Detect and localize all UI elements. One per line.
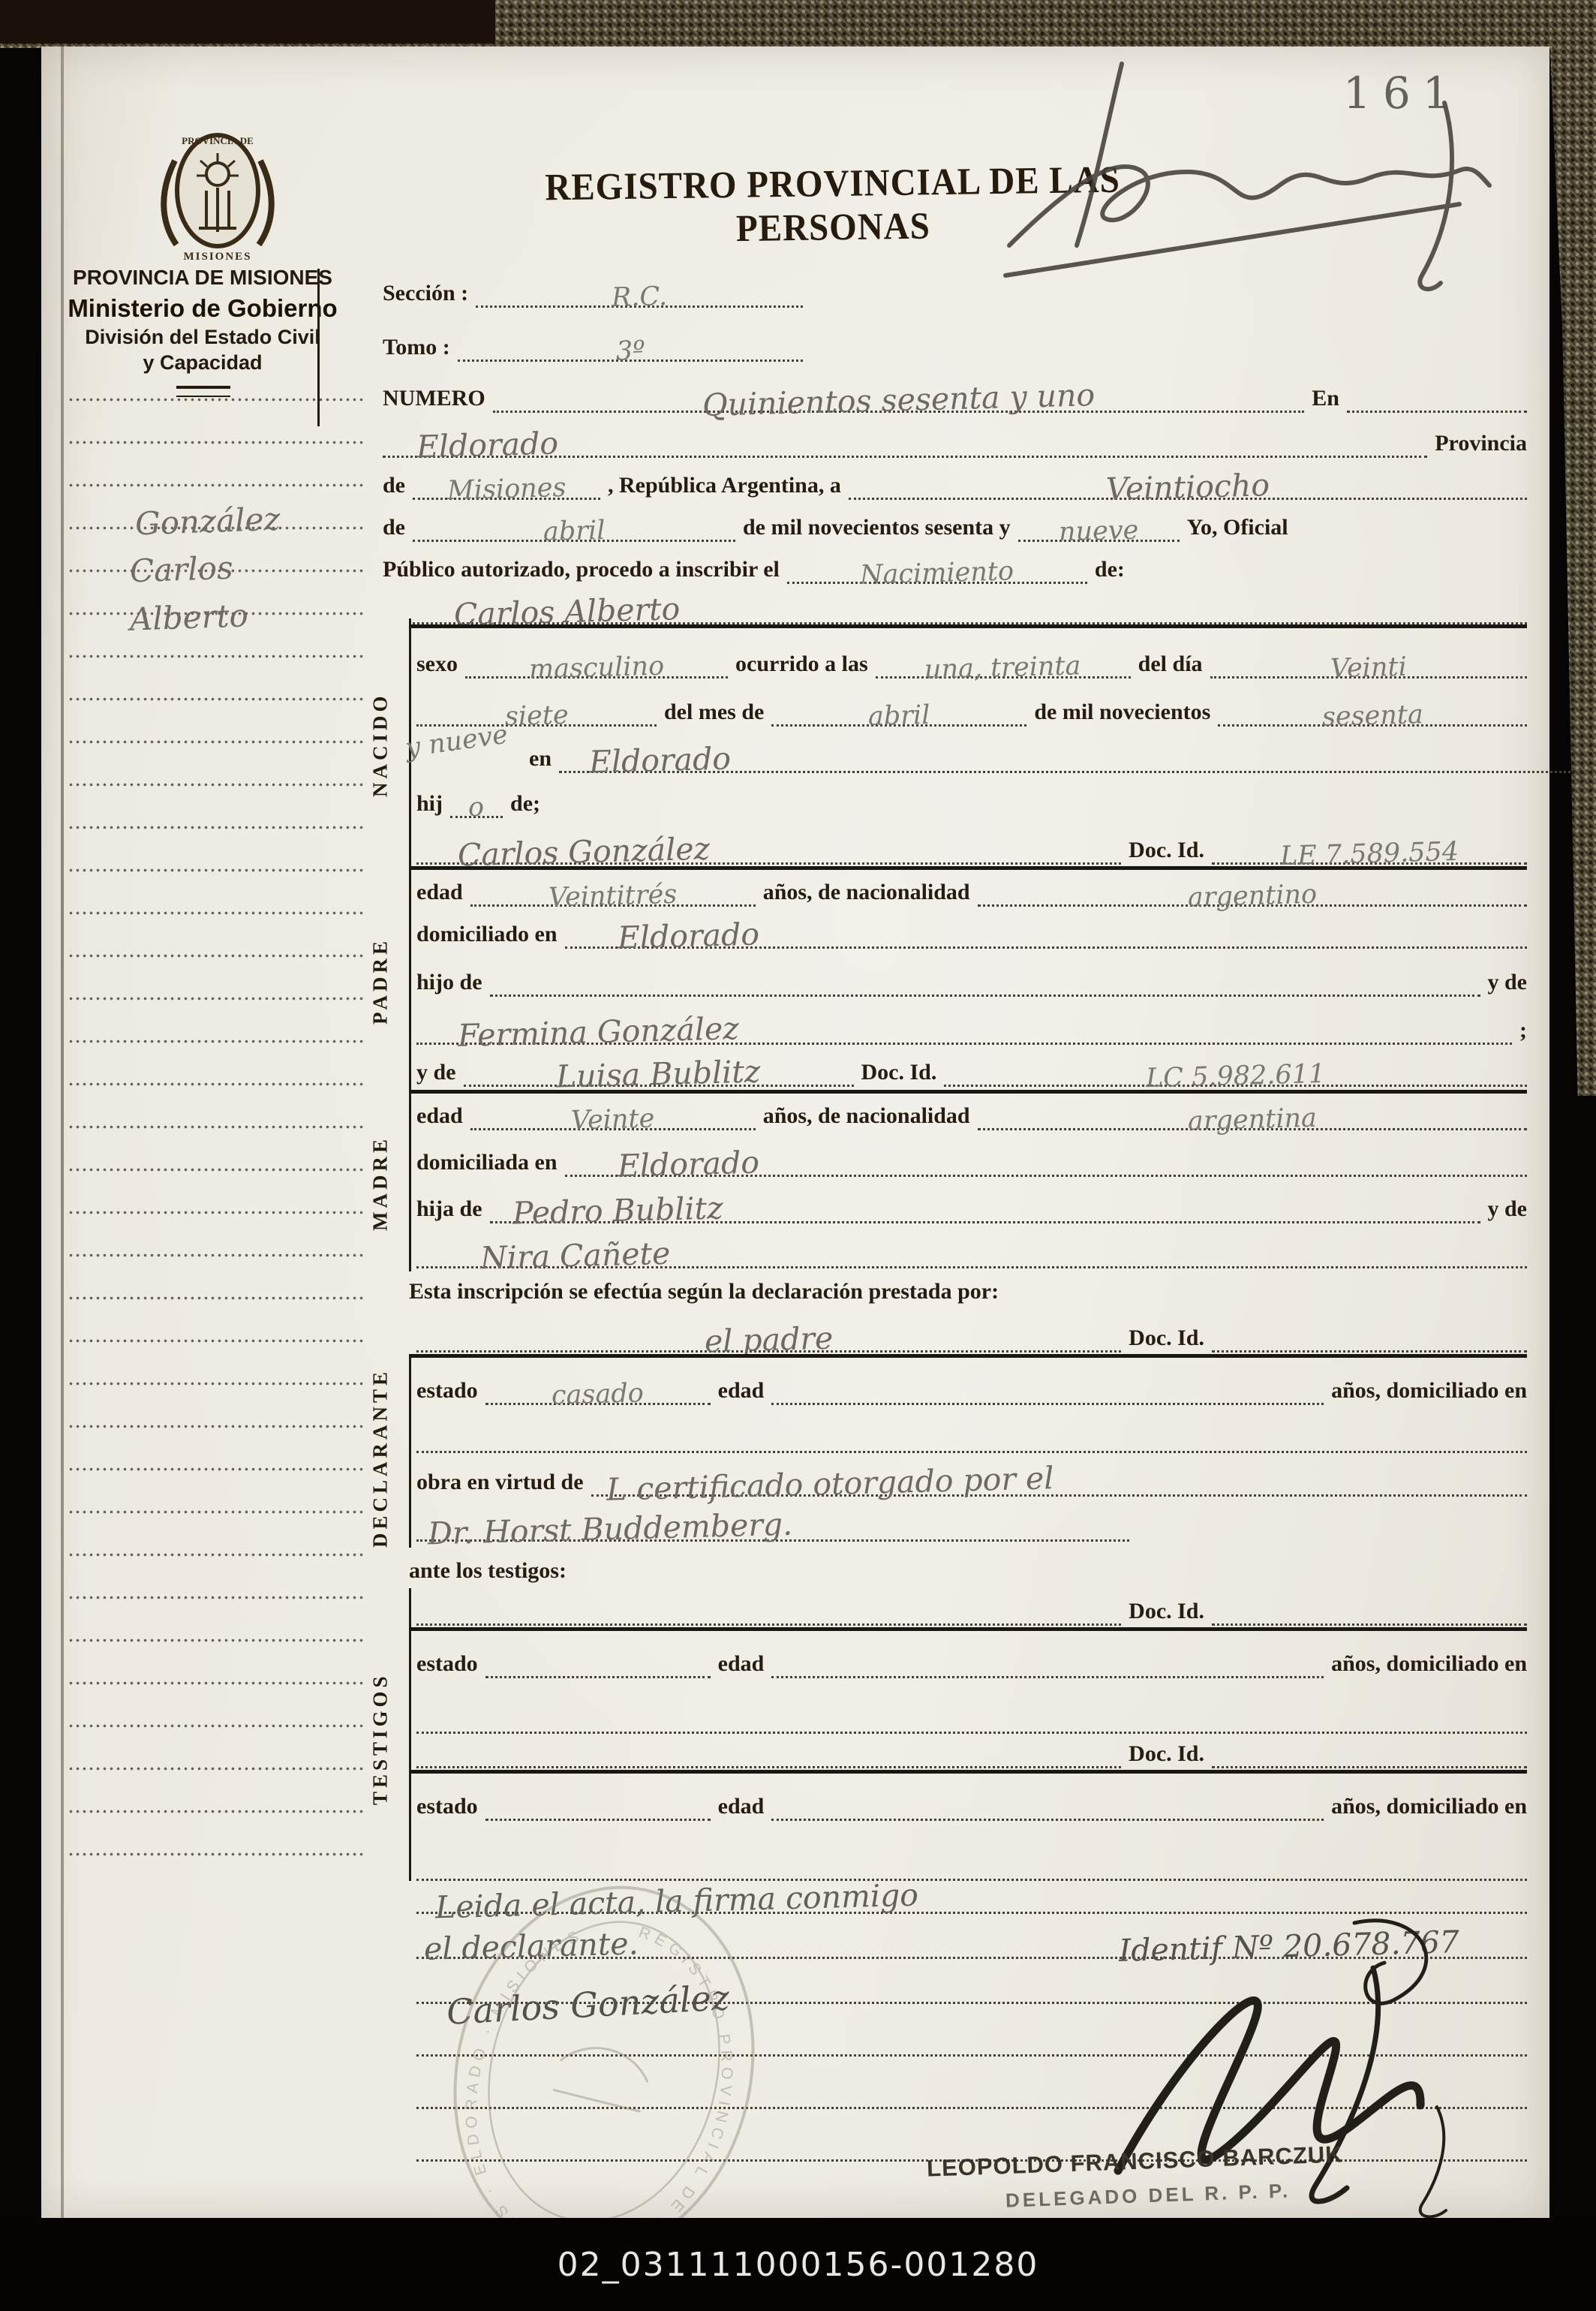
testigo1-edad-label: edad [718,1653,765,1678]
section-bar-6 [409,1770,1527,1774]
madre-hija-de-label: hija de [416,1198,482,1223]
field-month-year: de abril de mil novecientos sesenta y nu… [383,506,1527,542]
declaracion-intro-label: Esta inscripción se efectúa según la dec… [409,1280,999,1306]
de3-label: de: [1095,558,1125,584]
sexo-label: sexo [416,653,458,679]
anio-line: sesenta [1218,691,1527,727]
sexo-line: masculino [465,642,728,679]
dia-line-2: siete [416,691,657,727]
section-bar-4 [409,1354,1527,1358]
padre-nac-line: argentino [978,871,1527,907]
nacido-row-fecha: siete del mes de abril de mil noveciento… [416,691,1527,727]
testigos-section-label: TESTIGOS [365,1660,395,1818]
doc-id-label-testigo2: Doc. Id. [1129,1743,1204,1768]
doc-id-line-madre: LC 5.982.611 [944,1051,1527,1087]
declarante-section-label: DECLARANTE [365,1368,395,1548]
field-province: de Misiones , República Argentina, a Vei… [383,464,1527,500]
record-page: 161 PROVINCIA DE MISIONES PROVINCIA DE M… [41,47,1549,2218]
nacido-row-lugar: y nueve en Eldorado [416,737,1596,773]
padre-row-abuela: Fermina González ; [416,1009,1527,1045]
nacido-row-sexo: sexo masculino ocurrido a las una, trein… [416,642,1527,679]
madre-y-de-label: y de [416,1061,456,1087]
padre-edad-line: Veintitrés [470,871,756,907]
obra-line-2: Dr. Horst Buddemberg. [416,1506,1129,1542]
provincial-crest-icon: PROVINCIA DE MISIONES [154,116,281,266]
padre-rule [409,869,411,1090]
obra-label: obra en virtud de [416,1471,584,1497]
testigo1-dom-row [416,1698,1527,1734]
madre-row-abuela: Nira Cañete [416,1232,1527,1268]
padre-section-label: PADRE [365,895,395,1067]
yo-oficial-label: Yo, Oficial [1187,516,1288,542]
registrar-flourish-signature [964,58,1504,305]
padre-hijo-de-label: hijo de [416,971,482,997]
madre-row-domicilio: domiciliada en Eldorado [416,1141,1527,1177]
madre-y-de2-label: y de [1488,1198,1528,1223]
doc-id-line-declarante [1212,1316,1527,1353]
declarante-row-estado: estado casado edad años, domiciliado en [416,1369,1527,1405]
nacido-section-label: NACIDO [365,639,395,850]
mes-label: del mes de [664,701,764,727]
registry-oval-stamp: REGISTRO PROVINCIAL DE LAS PERSONAS · EL… [439,1876,769,2267]
testigo2-dom-row [416,1845,1527,1881]
madre-abuelo-line: Pedro Bublitz [490,1187,1480,1223]
hijo-label-b: de; [510,793,540,818]
testigo1-doc-row: Doc. Id. [416,1590,1527,1626]
declarante-row-obra2: Dr. Horst Buddemberg. [416,1506,1129,1542]
padre-row-hijo-de: hijo de y de [416,961,1527,997]
madre-dom-label: domiciliada en [416,1151,558,1177]
doc-id-line-testigo2 [1212,1732,1527,1768]
declaracion-por-line: el padre [416,1316,1121,1353]
testigo1-dom-label: años, domiciliado en [1331,1653,1527,1678]
padre-semicolon: ; [1519,1019,1527,1045]
doc-id-label-testigo1: Doc. Id. [1129,1600,1204,1626]
madre-abuela-line: Nira Cañete [416,1232,1527,1268]
declarante-rule [409,1357,411,1548]
scan-corner-shadow [0,0,495,44]
madre-edad-label: edad [416,1105,463,1130]
field-city: Eldorado Provincia [383,422,1527,458]
letterhead-division-1: División del Estado Civil [53,326,353,349]
hora-line: una, treinta [876,642,1131,679]
doc-id-label-madre: Doc. Id. [861,1061,937,1087]
padre-abuela-line: Fermina González [416,1009,1512,1045]
declarante-blank-line [416,1417,1527,1453]
tomo-label: Tomo : [383,336,450,362]
province-line: Misiones [413,464,600,500]
madre-row-hija-de: hija de Pedro Bublitz y de [416,1187,1527,1223]
declarante-estado-label: estado [416,1380,478,1405]
letterhead-province: PROVINCIA DE MISIONES [53,266,353,290]
declarante-row-blank [416,1417,1527,1453]
section-bar-3 [409,1090,1527,1094]
padre-nombre-line: Carlos González [416,829,1121,865]
testigo1-edad-line [771,1642,1324,1678]
svg-text:PROVINCIA DE: PROVINCIA DE [182,135,254,146]
month-line: abril [413,506,735,542]
republica-label: , República Argentina, a [608,474,841,500]
padre-row-domicilio: domiciliado en Eldorado [416,913,1527,949]
declarante-row-obra: obra en virtud de L certificado otorgado… [416,1461,1527,1497]
padre-dom-line: Eldorado [565,913,1527,949]
madre-nac-label: años, de nacionalidad [763,1105,970,1130]
margin-note-name1: Carlos [129,549,233,590]
scanned-birth-record: { "scan": { "page_number": "161", "foote… [0,0,1596,2311]
field-registered-name: Carlos Alberto [409,588,1527,624]
section-bar-2 [409,866,1527,870]
year-label: de mil novecientos sesenta y [743,516,1011,542]
scan-footer-band: 02_031111000156-001280 [0,2218,1596,2311]
archive-code: 02_031111000156-001280 [558,2246,1039,2284]
de2-label: de [383,516,405,542]
testigo2-doc-row: Doc. Id. [416,1732,1527,1768]
testigo2-estado-row: estado edad años, domiciliado en [416,1785,1527,1821]
testigo2-nombre-line [416,1732,1121,1768]
testigo2-edad-line [771,1785,1324,1821]
section-bar-1 [409,624,1527,628]
madre-row-nombre: y de Luisa Bublitz Doc. Id. LC 5.982.611 [416,1051,1527,1087]
de-label: de [383,474,405,500]
anio-label: de mil novecientos [1034,701,1210,727]
dia-label: del día [1138,653,1203,679]
provincia-label: Provincia [1435,432,1527,458]
padre-edad-label: edad [416,881,463,907]
doc-id-line-padre: LE 7.589.554 [1212,829,1527,865]
declaracion-intro-row: Esta inscripción se efectúa según la dec… [409,1270,1527,1306]
svg-text:MISIONES: MISIONES [183,251,251,263]
padre-dom-label: domiciliado en [416,923,558,949]
hora-label: ocurrido a las [735,653,868,679]
en-line [1347,377,1527,413]
obra-line: L certificado otorgado por el [591,1461,1527,1497]
testigo2-estado-line [485,1785,711,1821]
declarante-estado-line: casado [485,1369,711,1405]
declarante-edad-label: edad [718,1380,765,1405]
padre-y-de-label: y de [1488,971,1528,997]
testigo2-edad-label: edad [718,1795,765,1821]
field-tomo: Tomo : 3º [383,326,803,362]
testigo1-nombre-line [416,1590,1121,1626]
day-line: Veintiocho [849,464,1527,500]
madre-edad-line: Veinte [470,1094,756,1130]
numero-line: Quinientos sesenta y uno [493,377,1305,413]
madre-dom-line: Eldorado [565,1141,1527,1177]
mes-line: abril [771,691,1026,727]
acto-line: Nacimiento [787,548,1087,584]
madre-nac-line: argentina [978,1094,1527,1130]
madre-row-edad: edad Veinte años, de nacionalidad argent… [416,1094,1527,1130]
testigo2-dom-line [416,1845,1527,1881]
doc-id-line-testigo1 [1212,1590,1527,1626]
binding-fabric-right [1548,0,1596,1096]
declaracion-por-row: el padre Doc. Id. [416,1316,1527,1353]
hijo-line: o [450,782,503,818]
padre-hijo-de-line [490,961,1480,997]
letterhead-ministry: Ministerio de Gobierno [53,294,353,323]
registered-name-line: Carlos Alberto [409,588,1527,624]
seccion-line: R.C. [476,272,803,308]
field-numero: NUMERO Quinientos sesenta y uno En [383,377,1527,413]
testigo1-estado-label: estado [416,1653,478,1678]
padre-row-edad: edad Veintitrés años, de nacionalidad ar… [416,871,1527,907]
section-bar-5 [409,1627,1527,1631]
en-nacido-label: en [529,748,552,773]
inscribe-label: Público autorizado, procedo a inscribir … [383,558,780,584]
testigos-intro-row: ante los testigos: [409,1549,859,1585]
tomo-line: 3º [458,326,803,362]
madre-section-label: MADRE [365,1112,395,1255]
lugar-line: Eldorado [559,737,1596,773]
testigos-rule [409,1588,411,1881]
nacido-row-padre-nombre: Carlos González Doc. Id. LE 7.589.554 [416,829,1527,865]
testigo2-dom-label: años, domiciliado en [1331,1795,1527,1821]
madre-rule [409,1093,411,1271]
dia-line: Veinti [1210,642,1527,679]
testigos-intro-label: ante los testigos: [409,1560,567,1585]
madre-nombre-line: Luisa Bublitz [464,1051,854,1087]
testigo2-estado-label: estado [416,1795,478,1821]
declarante-edad-line [771,1369,1324,1405]
hijo-label-a: hij [416,793,443,818]
seccion-label: Sección : [383,282,468,308]
year-line: nueve [1018,506,1180,542]
field-acto: Público autorizado, procedo a inscribir … [383,548,1527,584]
nacido-row-hijo: hij o de; [416,782,717,818]
letterhead-division-2: y Capacidad [53,351,353,375]
padre-nac-label: años, de nacionalidad [763,881,970,907]
numero-label: NUMERO [383,387,485,413]
margin-note-name2: Alberto [129,597,248,637]
en-label: En [1312,387,1339,413]
field-seccion: Sección : R.C. [383,272,803,308]
city-line: Eldorado [383,422,1427,458]
doc-id-label-padre: Doc. Id. [1129,839,1204,865]
doc-id-label-declarante: Doc. Id. [1129,1327,1204,1353]
testigo1-estado-line [485,1642,711,1678]
testigo1-estado-row: estado edad años, domiciliado en [416,1642,1527,1678]
declarante-dom-label: años, domiciliado en [1331,1380,1527,1405]
margin-note-surname: González [134,501,281,543]
testigo1-dom-line [416,1698,1527,1734]
